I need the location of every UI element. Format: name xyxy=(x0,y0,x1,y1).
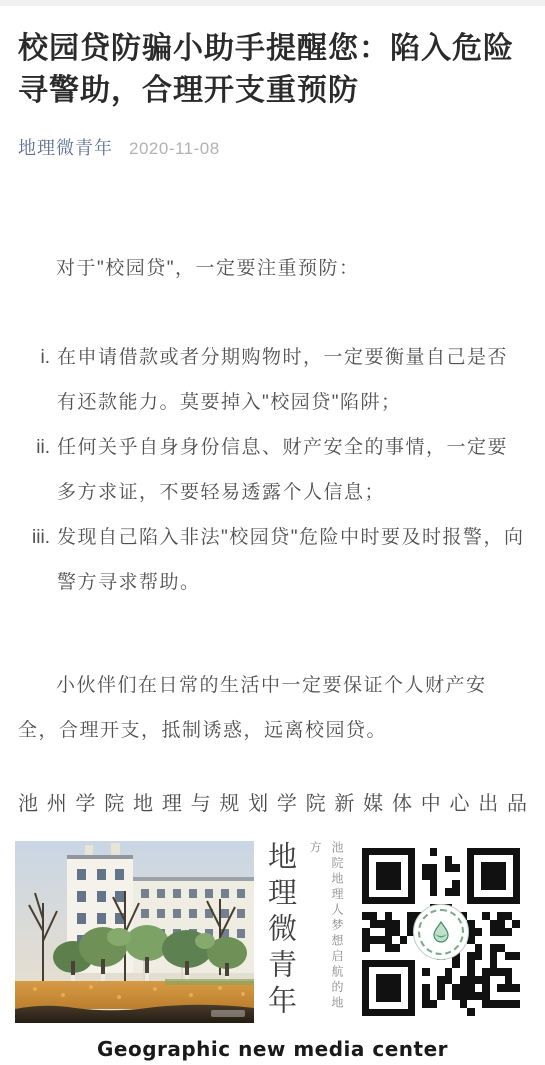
producer-line: 池州学院地理与规划学院新媒体中心出品 xyxy=(18,789,527,819)
list-item-text: 在申请借款或者分期购物时，一定要衡量自己是否有还款能力。莫要掉入"校园贷"陷阱； xyxy=(57,335,527,425)
banner-caption: Geographic new media center xyxy=(0,1037,545,1061)
list-item-text: 发现自己陷入非法"校园贷"危险中时要及时报警，向警方寻求帮助。 xyxy=(57,515,527,605)
campus-photo xyxy=(15,841,254,1023)
qr-center-logo xyxy=(413,904,469,960)
qr-finder-icon xyxy=(362,848,415,904)
photo-watermark xyxy=(211,1010,245,1017)
article-meta: 地理微青年 2020-11-08 xyxy=(18,134,527,160)
brand-vertical-subtitle: 池院地理人梦想启航的地方 xyxy=(304,841,348,1023)
list-item: i. 在申请借款或者分期购物时，一定要衡量自己是否有还款能力。莫要掉入"校园贷"… xyxy=(18,335,527,425)
list-item: iii. 发现自己陷入非法"校园贷"危险中时要及时报警，向警方寻求帮助。 xyxy=(18,515,527,605)
brand-vertical-title: 地理微青年 xyxy=(264,841,298,1021)
article-body: 对于"校园贷"，一定要注重预防： i. 在申请借款或者分期购物时，一定要衡量自己… xyxy=(0,246,545,819)
brand-banner: 地理微青年 池院地理人梦想启航的地方 xyxy=(0,841,545,1023)
qr-finder-icon xyxy=(362,960,415,1016)
list-marker: i. xyxy=(18,335,57,380)
author-link[interactable]: 地理微青年 xyxy=(18,134,113,160)
list-item: ii. 任何关乎自身身份信息、财产安全的事情，一定要多方求证，不要轻易透露个人信… xyxy=(18,425,527,515)
intro-paragraph: 对于"校园贷"，一定要注重预防： xyxy=(18,246,527,291)
list-marker: ii. xyxy=(18,425,57,470)
list-item-text: 任何关乎自身身份信息、财产安全的事情，一定要多方求证，不要轻易透露个人信息； xyxy=(57,425,527,515)
publish-date: 2020-11-08 xyxy=(129,139,220,159)
qr-finder-icon xyxy=(467,848,520,904)
list-marker: iii. xyxy=(18,515,57,560)
article-title-line2: 寻警助，合理开支重预防 xyxy=(18,70,527,112)
article-header: 校园贷防骗小助手提醒您：陷入危险 寻警助，合理开支重预防 地理微青年 2020-… xyxy=(0,6,545,160)
logo-text-ring xyxy=(418,909,464,955)
prevention-list: i. 在申请借款或者分期购物时，一定要衡量自己是否有还款能力。莫要掉入"校园贷"… xyxy=(18,335,527,605)
qr-code xyxy=(362,848,520,1016)
article-title-line1: 校园贷防骗小助手提醒您：陷入危险 xyxy=(18,28,527,70)
article-page: 校园贷防骗小助手提醒您：陷入危险 寻警助，合理开支重预防 地理微青年 2020-… xyxy=(0,0,545,1061)
article-title: 校园贷防骗小助手提醒您：陷入危险 寻警助，合理开支重预防 xyxy=(18,28,527,112)
conclusion-paragraph: 小伙伴们在日常的生活中一定要保证个人财产安全，合理开支，抵制诱惑，远离校园贷。 xyxy=(18,663,527,753)
